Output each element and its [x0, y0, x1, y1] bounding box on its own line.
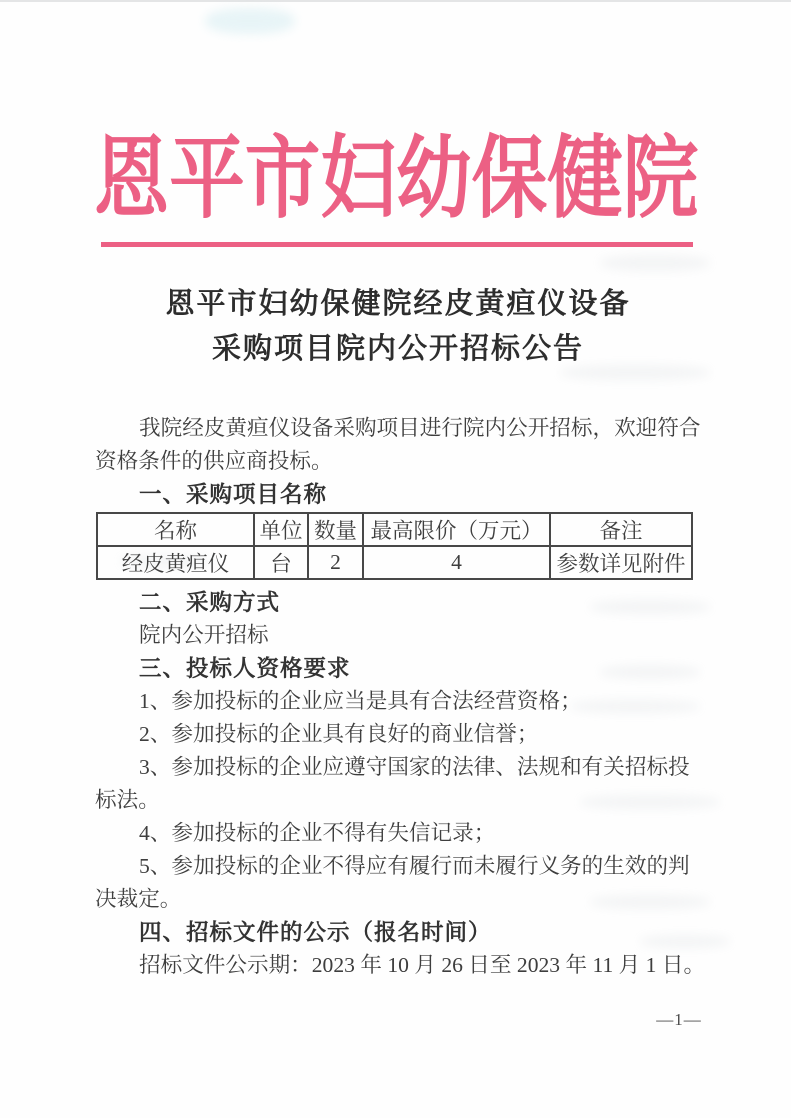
letterhead-title-text: 恩平市妇幼保健院 [93, 128, 698, 232]
section2-heading: 二、采购方式 [95, 586, 707, 619]
col-header-name: 名称 [97, 513, 254, 546]
col-header-unit: 单位 [254, 513, 308, 546]
section1-heading: 一、采购项目名称 [95, 478, 707, 511]
section3-item1: 1、参加投标的企业应当是具有合法经营资格； [95, 685, 707, 718]
col-header-remarks: 备注 [550, 513, 692, 546]
table-header-row: 名称 单位 数量 最高限价（万元） 备注 [97, 513, 692, 546]
col-header-max-price: 最高限价（万元） [363, 513, 550, 546]
scan-edge-artifact [0, 0, 791, 2]
cell-quantity: 2 [308, 546, 363, 579]
document-title-line2: 采购项目院内公开招标公告 [95, 327, 701, 372]
section3-item2: 2、参加投标的企业具有良好的商业信誉； [95, 718, 707, 751]
cell-unit: 台 [254, 546, 308, 579]
document-title: 恩平市妇幼保健院经皮黄疸仪设备 采购项目院内公开招标公告 [95, 282, 701, 372]
document-body: 我院经皮黄疸仪设备采购项目进行院内公开招标，欢迎符合 资格条件的供应商投标。 一… [95, 412, 707, 982]
intro-line1: 我院经皮黄疸仪设备采购项目进行院内公开招标，欢迎符合 [95, 412, 707, 445]
table-row: 经皮黄疸仪 台 2 4 参数详见附件 [97, 546, 692, 579]
page-number: —1— [619, 1010, 739, 1030]
procurement-table: 名称 单位 数量 最高限价（万元） 备注 经皮黄疸仪 台 2 4 参数详见附件 [96, 512, 693, 580]
section3-heading: 三、投标人资格要求 [95, 652, 707, 685]
section4-body: 招标文件公示期：2023 年 10 月 26 日至 2023 年 11 月 1 … [95, 949, 707, 982]
scanned-document-page: 恩平市妇幼保健院 恩平市妇幼保健院经皮黄疸仪设备 采购项目院内公开招标公告 我院… [0, 0, 791, 1118]
section3-item3-line1: 3、参加投标的企业应遵守国家的法律、法规和有关招标投 [95, 751, 707, 784]
bleedthrough-smudge [205, 8, 295, 34]
section4-heading: 四、招标文件的公示（报名时间） [95, 916, 707, 949]
cell-max-price: 4 [363, 546, 550, 579]
section3-item5-line1: 5、参加投标的企业不得应有履行而未履行义务的生效的判 [95, 850, 707, 883]
bleedthrough-smudge [600, 255, 710, 271]
section3-item3-line2: 标法。 [95, 784, 707, 817]
section3-item5-line2: 决裁定。 [95, 883, 707, 916]
col-header-quantity: 数量 [308, 513, 363, 546]
section2-body: 院内公开招标 [95, 619, 707, 652]
letterhead-rule [101, 242, 693, 247]
letterhead-title: 恩平市妇幼保健院 [0, 128, 791, 257]
intro-line2: 资格条件的供应商投标。 [95, 445, 707, 478]
cell-item-name: 经皮黄疸仪 [97, 546, 254, 579]
section3-item4: 4、参加投标的企业不得有失信记录； [95, 817, 707, 850]
cell-remarks: 参数详见附件 [550, 546, 692, 579]
document-title-line1: 恩平市妇幼保健院经皮黄疸仪设备 [95, 282, 701, 327]
